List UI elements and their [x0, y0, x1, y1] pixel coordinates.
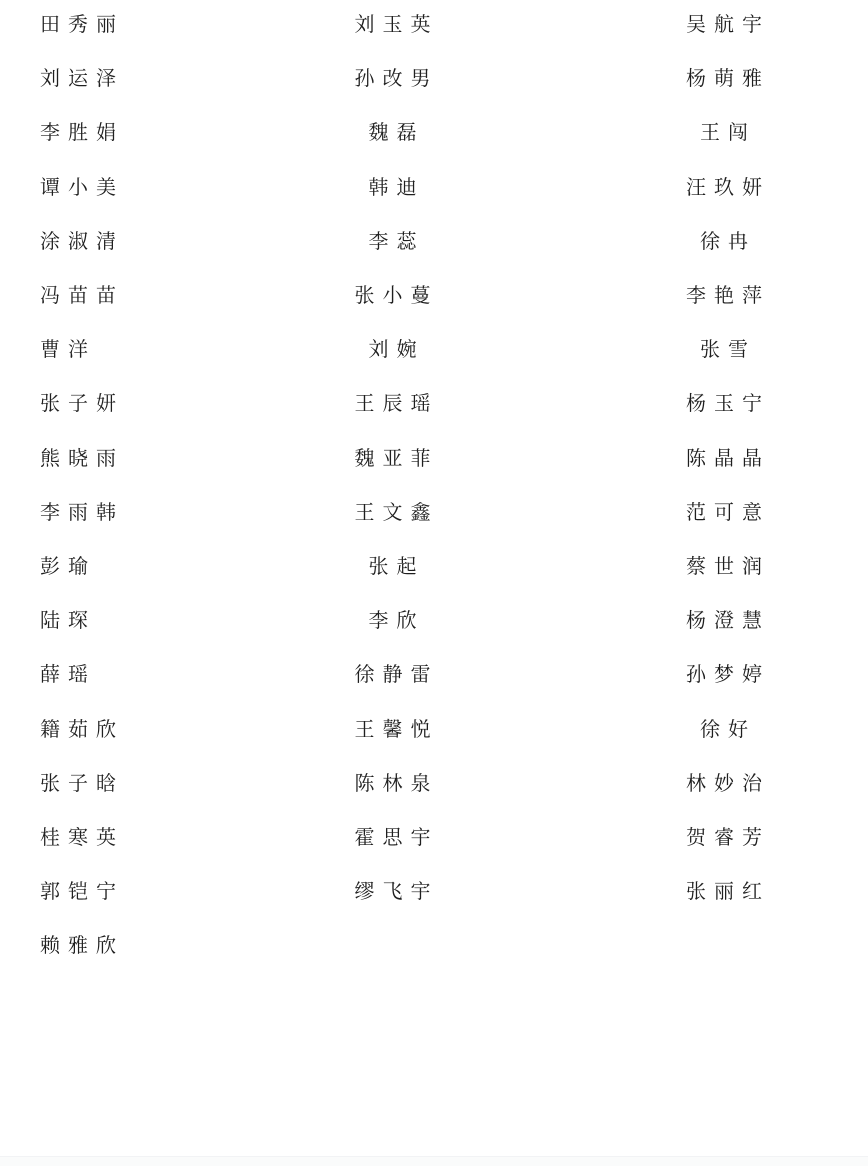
- name-cell: 魏磊: [260, 106, 525, 160]
- name-cell: 韩迪: [260, 161, 525, 215]
- person-name: 曹洋: [40, 340, 96, 360]
- name-cell: 魏亚菲: [260, 432, 525, 486]
- person-name: 李蕊: [369, 232, 425, 252]
- name-cell: 贺睿芳: [580, 811, 868, 865]
- person-name: 杨玉宁: [686, 394, 770, 414]
- name-column-1: 田秀丽 刘运泽 李胜娟 谭小美 涂淑清 冯苗苗 曹洋 张子妍 熊晓雨 李雨韩 彭…: [40, 0, 116, 973]
- person-name: 陆琛: [40, 611, 96, 631]
- name-cell: 杨萌雅: [580, 52, 868, 106]
- name-cell: 张子妍: [40, 377, 116, 431]
- name-cell: 范可意: [580, 486, 868, 540]
- person-name: 魏亚菲: [355, 449, 439, 469]
- name-cell: 孙改男: [260, 52, 525, 106]
- person-name: 范可意: [686, 503, 770, 523]
- person-name: 熊晓雨: [40, 449, 124, 469]
- person-name: 魏磊: [369, 123, 425, 143]
- person-name: 李艳萍: [686, 286, 770, 306]
- name-cell: 刘婉: [260, 323, 525, 377]
- person-name: 桂寒英: [40, 828, 124, 848]
- name-cell: 郭铠宁: [40, 865, 116, 919]
- name-cell: 张小蔓: [260, 269, 525, 323]
- person-name: 李欣: [369, 611, 425, 631]
- person-name: 王辰瑶: [355, 394, 439, 414]
- name-cell: 薛瑶: [40, 648, 116, 702]
- person-name: 杨萌雅: [686, 69, 770, 89]
- name-cell: 熊晓雨: [40, 432, 116, 486]
- name-cell: 徐好: [580, 702, 868, 756]
- name-cell: 吴航宇: [580, 0, 868, 52]
- name-column-3: 吴航宇 杨萌雅 王闯 汪玖妍 徐冉 李艳萍 张雪 杨玉宁 陈晶晶 范可意 蔡世润…: [580, 0, 868, 919]
- person-name: 孙梦婷: [686, 665, 770, 685]
- name-cell: 李欣: [260, 594, 525, 648]
- person-name: 李胜娟: [40, 123, 124, 143]
- person-name: 刘婉: [369, 340, 425, 360]
- person-name: 徐静雷: [355, 665, 439, 685]
- name-cell: 涂淑清: [40, 215, 116, 269]
- name-cell: 李艳萍: [580, 269, 868, 323]
- person-name: 彭瑜: [40, 557, 96, 577]
- name-cell: 李雨韩: [40, 486, 116, 540]
- name-cell: 曹洋: [40, 323, 116, 377]
- name-cell: 刘玉英: [260, 0, 525, 52]
- person-name: 张起: [369, 557, 425, 577]
- name-cell: 张子晗: [40, 757, 116, 811]
- name-cell: 张雪: [580, 323, 868, 377]
- person-name: 张雪: [700, 340, 756, 360]
- name-cell: 王闯: [580, 106, 868, 160]
- person-name: 吴航宇: [686, 15, 770, 35]
- name-cell: 蔡世润: [580, 540, 868, 594]
- person-name: 张子晗: [40, 774, 124, 794]
- person-name: 籍茹欣: [40, 720, 124, 740]
- person-name: 张子妍: [40, 394, 124, 414]
- name-cell: 刘运泽: [40, 52, 116, 106]
- person-name: 贺睿芳: [686, 828, 770, 848]
- person-name: 张小蔓: [355, 286, 439, 306]
- name-cell: 谭小美: [40, 161, 116, 215]
- person-name: 缪飞宇: [355, 882, 439, 902]
- person-name: 王馨悦: [355, 720, 439, 740]
- person-name: 薛瑶: [40, 665, 96, 685]
- name-cell: 陆琛: [40, 594, 116, 648]
- name-cell: 杨玉宁: [580, 377, 868, 431]
- name-cell: 张起: [260, 540, 525, 594]
- name-cell: 田秀丽: [40, 0, 116, 52]
- name-cell: 王辰瑶: [260, 377, 525, 431]
- person-name: 徐冉: [700, 232, 756, 252]
- name-cell: 徐冉: [580, 215, 868, 269]
- person-name: 蔡世润: [686, 557, 770, 577]
- person-name: 孙改男: [355, 69, 439, 89]
- person-name: 杨澄慧: [686, 611, 770, 631]
- name-cell: 孙梦婷: [580, 648, 868, 702]
- name-cell: 陈晶晶: [580, 432, 868, 486]
- person-name: 郭铠宁: [40, 882, 124, 902]
- person-name: 刘运泽: [40, 69, 124, 89]
- document-page: 田秀丽 刘运泽 李胜娟 谭小美 涂淑清 冯苗苗 曹洋 张子妍 熊晓雨 李雨韩 彭…: [0, 0, 868, 1166]
- person-name: 刘玉英: [355, 15, 439, 35]
- name-cell: 陈林泉: [260, 757, 525, 811]
- person-name: 陈晶晶: [686, 449, 770, 469]
- name-cell: 徐静雷: [260, 648, 525, 702]
- name-cell: 杨澄慧: [580, 594, 868, 648]
- person-name: 王文鑫: [355, 503, 439, 523]
- person-name: 王闯: [700, 123, 756, 143]
- name-cell: 王馨悦: [260, 702, 525, 756]
- person-name: 徐好: [700, 720, 756, 740]
- name-cell: 汪玖妍: [580, 161, 868, 215]
- name-cell: 林妙治: [580, 757, 868, 811]
- name-cell: 缪飞宇: [260, 865, 525, 919]
- name-cell: 王文鑫: [260, 486, 525, 540]
- name-column-2: 刘玉英 孙改男 魏磊 韩迪 李蕊 张小蔓 刘婉 王辰瑶 魏亚菲 王文鑫 张起 李…: [260, 0, 525, 919]
- name-cell: 彭瑜: [40, 540, 116, 594]
- person-name: 韩迪: [369, 178, 425, 198]
- name-cell: 张丽红: [580, 865, 868, 919]
- name-cell: 冯苗苗: [40, 269, 116, 323]
- person-name: 霍思宇: [355, 828, 439, 848]
- person-name: 李雨韩: [40, 503, 124, 523]
- name-cell: 赖雅欣: [40, 919, 116, 973]
- name-cell: 李蕊: [260, 215, 525, 269]
- name-cell: 霍思宇: [260, 811, 525, 865]
- person-name: 冯苗苗: [40, 286, 124, 306]
- person-name: 涂淑清: [40, 232, 124, 252]
- person-name: 田秀丽: [40, 15, 124, 35]
- person-name: 陈林泉: [355, 774, 439, 794]
- person-name: 林妙治: [686, 774, 770, 794]
- person-name: 汪玖妍: [686, 178, 770, 198]
- person-name: 谭小美: [40, 178, 124, 198]
- name-cell: 籍茹欣: [40, 702, 116, 756]
- page-bottom-edge: [0, 1156, 868, 1166]
- name-cell: 桂寒英: [40, 811, 116, 865]
- person-name: 赖雅欣: [40, 936, 124, 956]
- name-cell: 李胜娟: [40, 106, 116, 160]
- person-name: 张丽红: [686, 882, 770, 902]
